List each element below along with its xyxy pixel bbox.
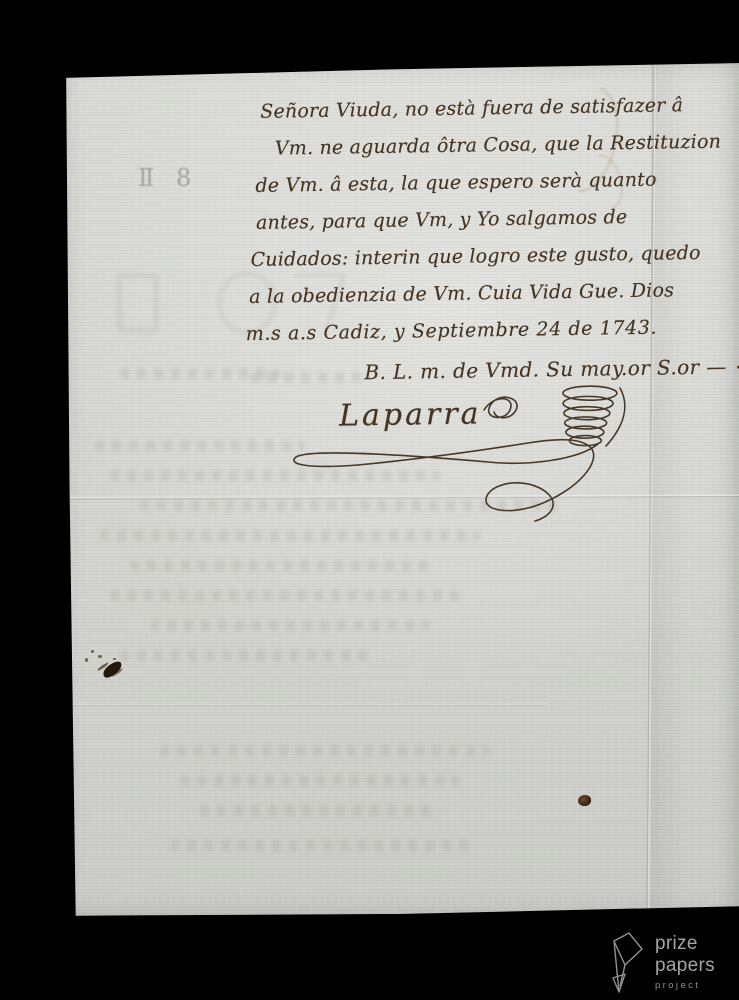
show-through-writing	[140, 500, 560, 511]
ink-speck	[91, 650, 94, 653]
horizontal-fold-crease-lower	[58, 703, 548, 706]
letter-line: m.s a.s Cadiz, y Septiembre 24 de 1743.	[245, 309, 702, 353]
show-through-writing	[110, 470, 440, 481]
logo-word-prize: prize	[655, 933, 715, 955]
wax-spot	[578, 795, 591, 806]
show-through-writing	[200, 805, 440, 816]
prize-papers-logo: prize papers project	[608, 929, 736, 997]
signature: Laparra	[339, 394, 703, 434]
logo-word-papers: papers	[655, 955, 715, 977]
show-through-writing	[150, 620, 430, 631]
prize-papers-logo-icon	[608, 930, 648, 994]
show-through-writing	[170, 840, 470, 851]
show-through-writing	[160, 745, 490, 756]
letter-sheet: Ⅱ 8 Señora Viuda, no està fuera de satis…	[58, 58, 739, 920]
show-through-writing	[120, 650, 370, 661]
logo-word-project: project	[655, 980, 715, 991]
ink-speck	[98, 655, 102, 658]
ink-speck	[85, 658, 88, 662]
watermark-shape	[118, 274, 158, 332]
show-through-writing	[95, 440, 305, 451]
show-through-writing	[110, 590, 460, 601]
show-through-writing	[180, 775, 460, 786]
letter-body: Señora Viuda, no està fuera de satisfaze…	[248, 87, 703, 435]
logo-wordmark: prize papers project	[655, 933, 715, 991]
photo-stage: Ⅱ 8 Señora Viuda, no està fuera de satis…	[0, 0, 739, 1000]
ink-speck	[113, 658, 116, 660]
show-through-writing	[130, 560, 430, 571]
show-through-writing	[100, 530, 480, 541]
letter-line: de Vm. â esta, la que espero serà quanto	[255, 161, 700, 205]
archival-pencil-mark: Ⅱ 8	[138, 164, 198, 192]
letter-closing: B. L. m. de Vmd. Su may.or S.or — ⋯	[364, 352, 702, 387]
